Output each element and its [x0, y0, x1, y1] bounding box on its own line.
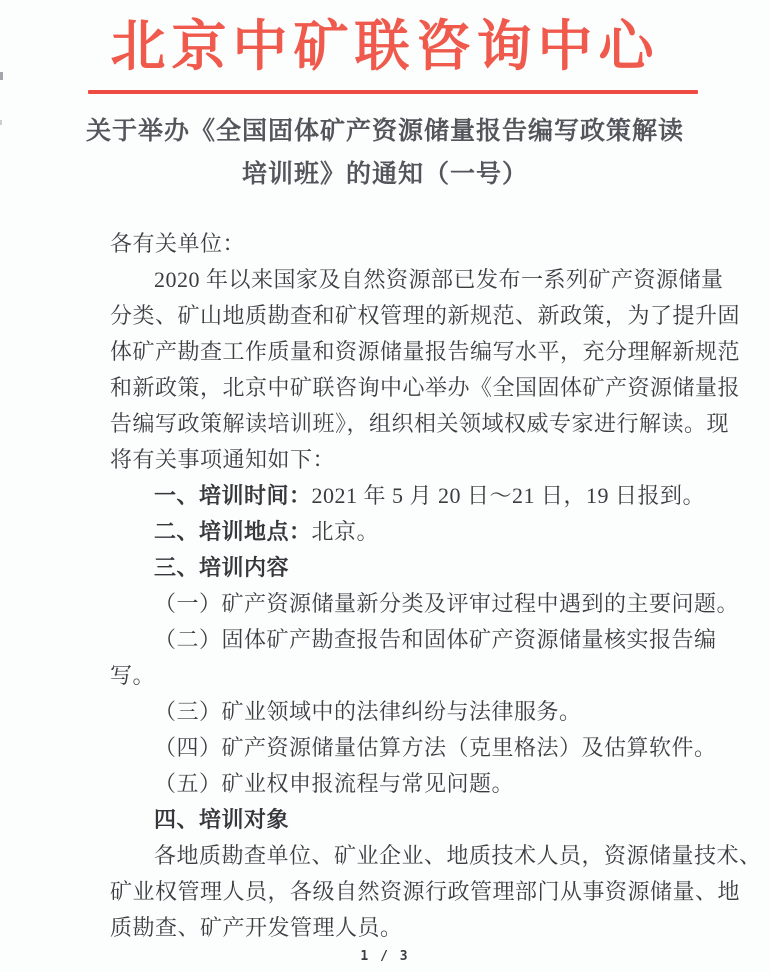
- letterhead: 北京中矿联咨询中心: [0, 0, 770, 80]
- body-line: 将有关事项通知如下：: [110, 442, 700, 478]
- body-line: 各地质勘查单位、矿业企业、地质技术人员，资源储量技术、: [110, 838, 700, 874]
- page-number: 1 / 3: [0, 949, 770, 964]
- body-line: （四）矿产资源储量估算方法（克里格法）及估算软件。: [110, 730, 700, 766]
- section-heading-label: 三、培训内容: [154, 555, 289, 580]
- body-line: 和新政策，北京中矿联咨询中心举办《全国固体矿产资源储量报: [110, 370, 700, 406]
- body-line: 二、培训地点：北京。: [110, 514, 700, 550]
- letterhead-divider: [88, 90, 698, 94]
- section-heading-label: 四、培训对象: [154, 807, 289, 832]
- body-line: 分类、矿山地质勘查和矿权管理的新规范、新政策，为了提升固: [110, 298, 700, 334]
- body-line: 一、培训时间：2021 年 5 月 20 日～21 日，19 日报到。: [110, 478, 700, 514]
- document-title: 关于举办《全国固体矿产资源储量报告编写政策解读 培训班》的通知（一号）: [0, 110, 770, 196]
- scanned-notice-page: 北京中矿联咨询中心 关于举办《全国固体矿产资源储量报告编写政策解读 培训班》的通…: [0, 0, 770, 972]
- document-title-line2: 培训班》的通知（一号）: [0, 153, 770, 196]
- document-body: 各有关单位：2020 年以来国家及自然资源部已发布一系列矿产资源储量分类、矿山地…: [110, 226, 700, 946]
- body-line: 矿业权管理人员，各级自然资源行政管理部门从事资源储量、地: [110, 874, 700, 910]
- body-line: 告编写政策解读培训班》，组织相关领域权威专家进行解读。现: [110, 406, 700, 442]
- body-line: （一）矿产资源储量新分类及评审过程中遇到的主要问题。: [110, 586, 700, 622]
- body-line: 写。: [110, 658, 700, 694]
- body-line: 三、培训内容: [110, 550, 700, 586]
- section-heading-label: 一、培训时间：: [154, 483, 312, 508]
- body-line: 四、培训对象: [110, 802, 700, 838]
- body-line: 各有关单位：: [110, 226, 700, 262]
- body-line: 体矿产勘查工作质量和资源储量报告编写水平，充分理解新规范: [110, 334, 700, 370]
- body-line: （五）矿业权申报流程与常见问题。: [110, 766, 700, 802]
- scan-artifact: [0, 120, 2, 125]
- organization-name: 北京中矿联咨询中心: [0, 14, 770, 80]
- document-title-line1: 关于举办《全国固体矿产资源储量报告编写政策解读: [0, 110, 770, 153]
- body-line: 2020 年以来国家及自然资源部已发布一系列矿产资源储量: [110, 262, 700, 298]
- body-line: 质勘查、矿产开发管理人员。: [110, 910, 700, 946]
- section-heading-label: 二、培训地点：: [154, 519, 312, 544]
- body-line: （二）固体矿产勘查报告和固体矿产资源储量核实报告编: [110, 622, 700, 658]
- body-line: （三）矿业领域中的法律纠纷与法律服务。: [110, 694, 700, 730]
- scan-artifact: [0, 72, 3, 80]
